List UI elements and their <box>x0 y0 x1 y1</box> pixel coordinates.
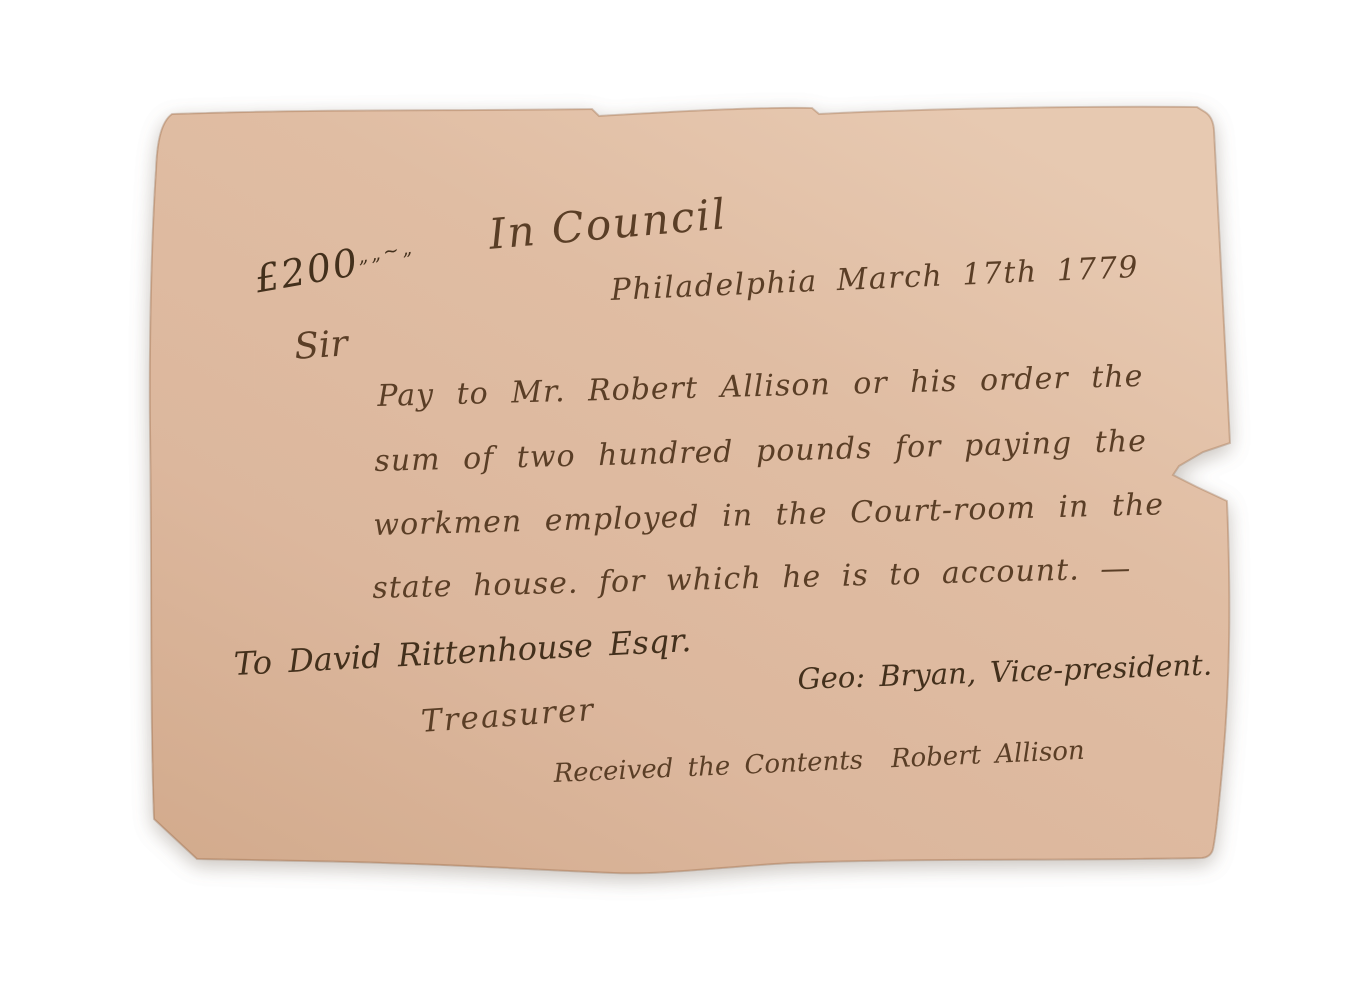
amount-flourish: „„~„ <box>356 236 416 268</box>
document-photo: In Council Philadelphia March 17th 1779 … <box>0 0 1346 1000</box>
receipt-gap <box>863 767 891 768</box>
salutation: Sir <box>293 324 349 367</box>
